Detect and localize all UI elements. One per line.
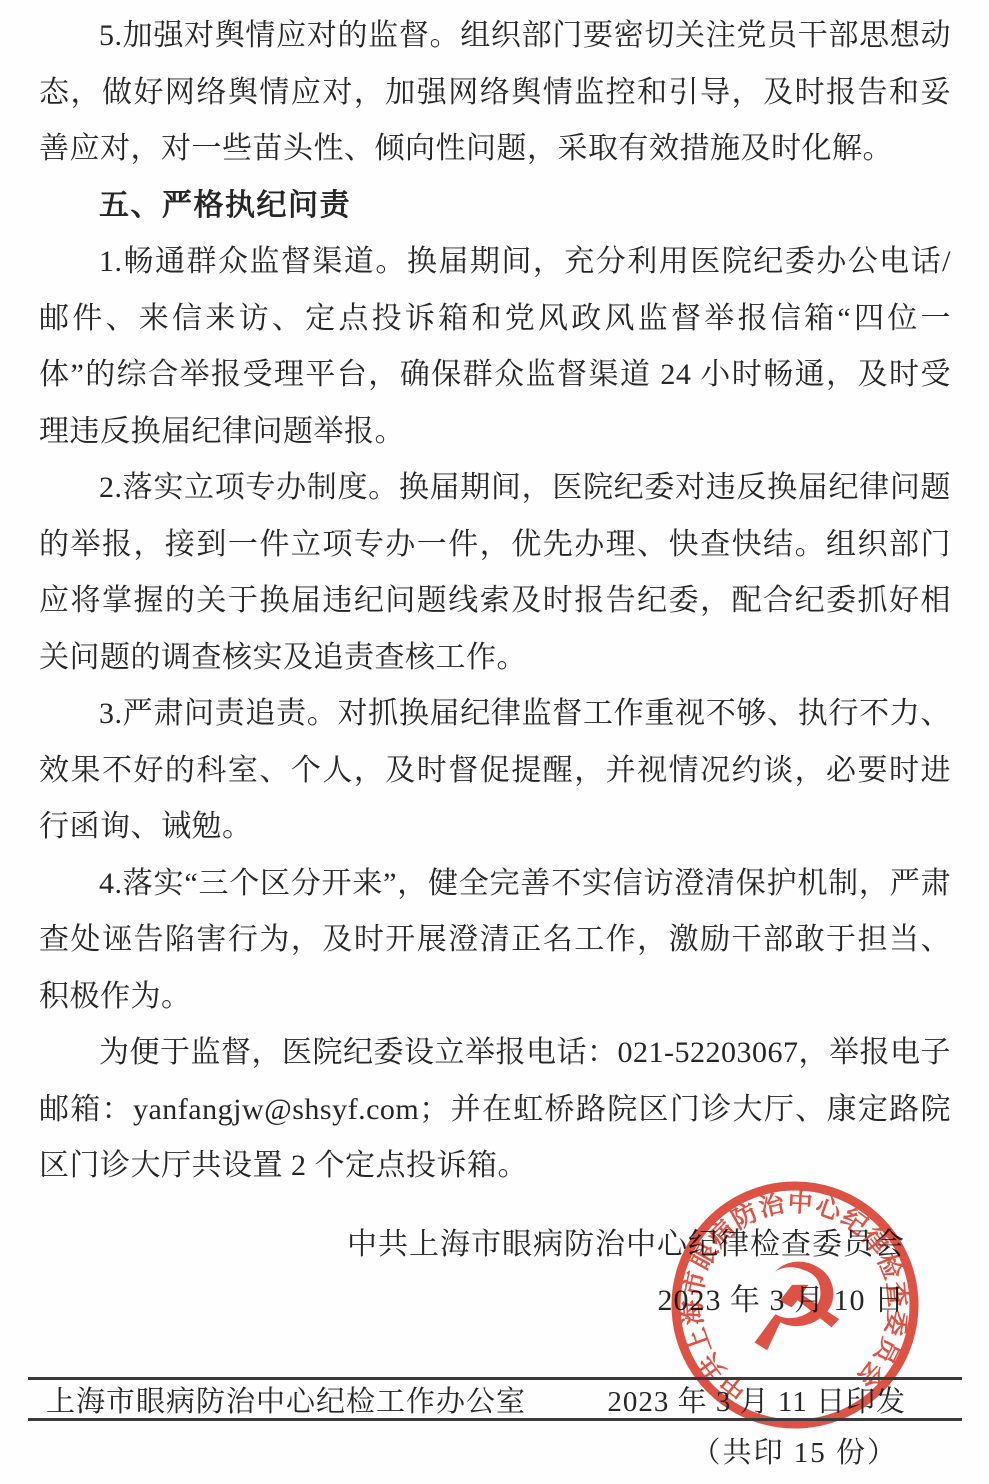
paragraph-5-public-opinion: 5.加强对舆情应对的监督。组织部门要密切关注党员干部思想动态，做好网络舆情应对，… — [39, 8, 951, 178]
footer-print-date: 2023 年 3 月 11 日印发 — [607, 1379, 906, 1420]
footer-print-copies: （共印 15 份） — [28, 1430, 962, 1471]
paragraph-4-clarification-mechanism: 4.落实“三个区分开来”，健全完善不实信访澄清保护机制，严肃查处诬告陷害行为，及… — [39, 856, 951, 1026]
document-page: 5.加强对舆情应对的监督。组织部门要密切关注党员干部思想动态，做好网络舆情应对，… — [0, 0, 989, 1484]
document-footer: 上海市眼病防治中心纪检工作办公室 2023 年 3 月 11 日印发 （共印 1… — [28, 1377, 962, 1471]
paragraph-report-hotline: 为便于监督，医院纪委设立举报电话：021-52203067，举报电子邮箱：yan… — [39, 1025, 951, 1195]
footer-issue-row: 上海市眼病防治中心纪检工作办公室 2023 年 3 月 11 日印发 — [28, 1377, 962, 1421]
paragraph-2-case-filing-system: 2.落实立项专办制度。换届期间，医院纪委对违反换届纪律问题的举报，接到一件立项专… — [39, 460, 951, 686]
signature-block: 中共上海市眼病防治中心纪律检查委员会 2023 年 3 月 10 日 — [39, 1217, 951, 1330]
signature-organization: 中共上海市眼病防治中心纪律检查委员会 — [39, 1217, 951, 1274]
signature-date: 2023 年 3 月 10 日 — [39, 1273, 951, 1330]
paragraph-1-supervision-channels: 1.畅通群众监督渠道。换届期间，充分利用医院纪委办公电话/邮件、来信来访、定点投… — [39, 234, 951, 460]
paragraph-3-accountability: 3.严肃问责追责。对抓换届纪律监督工作重视不够、执行不力、效果不好的科室、个人，… — [39, 686, 951, 856]
document-body: 5.加强对舆情应对的监督。组织部门要密切关注党员干部思想动态，做好网络舆情应对，… — [39, 8, 951, 1330]
section-heading-five: 五、严格执纪问责 — [39, 178, 951, 235]
footer-issuing-office: 上海市眼病防治中心纪检工作办公室 — [46, 1379, 526, 1420]
